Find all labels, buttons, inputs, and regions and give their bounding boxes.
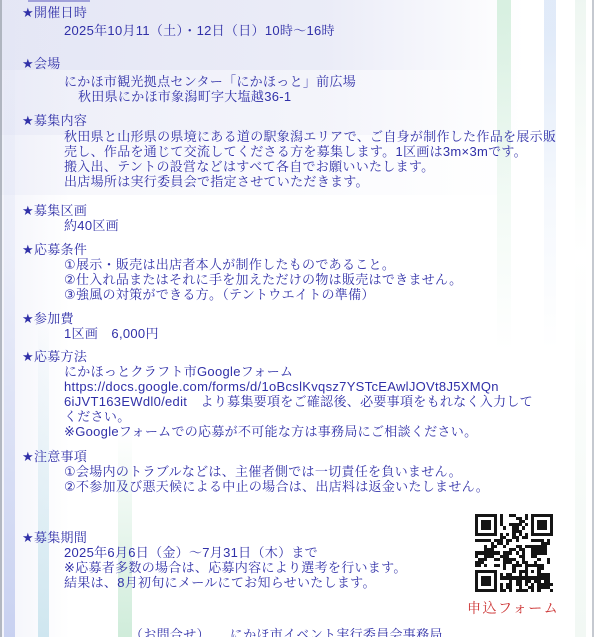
cut-off-text-sliver [28, 0, 90, 2]
section-heading-details: ★募集内容 [22, 113, 87, 128]
flyer-page: ★開催日時 2025年10月11（土）・12日（日）10時～16時 ★会場 にか… [0, 0, 595, 637]
section-line: 売し、作品を通じて交流してくださる方を募集します。1区画は3m×3mです。 [64, 144, 527, 159]
section-heading-notes: ★注意事項 [22, 449, 87, 464]
section-line: ※Googleフォームでの応募が不可能な方は事務局にご相談ください。 [64, 424, 477, 439]
section-line: 秋田県と山形県の県境にある道の駅象潟エリアで、ご自身が制作した作品を展示販 [64, 129, 556, 144]
qr-code [475, 514, 553, 592]
section-line: ①展示・販売は出店者本人が制作したものであること。 [64, 257, 395, 272]
section-heading-venue: ★会場 [22, 56, 61, 71]
section-line: 出店場所は実行委員会で指定させていただきます。 [64, 174, 369, 189]
section-line: 2025年10月11（土）・12日（日）10時～16時 [64, 23, 335, 38]
section-heading-date: ★開催日時 [22, 5, 87, 20]
section-heading-conditions: ★応募条件 [22, 242, 87, 257]
google-form-url: https://docs.google.com/forms/d/1oBcslKv… [64, 379, 499, 394]
section-line: 結果は、8月初旬にメールにてお知らせいたします。 [64, 575, 376, 590]
page-edge [592, 0, 594, 637]
section-heading-period: ★募集期間 [22, 530, 87, 545]
section-line: 2025年6月6日（金）～7月31日（木）まで [64, 545, 318, 560]
section-heading-plots: ★募集区画 [22, 203, 87, 218]
section-line: 秋田県にかほ市象潟町字大塩越36-1 [78, 89, 291, 104]
section-line: 搬入出、テントの設営などはすべて各自でお願いいたします。 [64, 159, 434, 174]
section-line: 約40区画 [64, 218, 119, 233]
section-heading-fee: ★参加費 [22, 311, 74, 326]
section-line: にかほ市観光拠点センター「にかほっと」前広場 [64, 74, 356, 89]
section-line: 1区画 6,000円 [64, 326, 159, 341]
page-edge [0, 0, 2, 637]
bg-stripe [4, 0, 15, 637]
section-line: ②仕入れ品またはそれに手を加えただけの物は販売はできません。 [64, 272, 462, 287]
bg-stripe [575, 0, 586, 637]
google-form-url: 6iJVT163EWdl0/edit より募集要項をご確認後、必要事項をもれなく… [64, 394, 533, 409]
section-line: ください。 [64, 409, 131, 424]
section-line: ①会場内のトラブルなどは、主催者側では一切責任を負いません。 [64, 464, 462, 479]
section-line: ※応募者多数の場合は、応募内容により選考を行います。 [64, 560, 407, 575]
section-line: にかほっとクラフト市Googleフォーム [64, 364, 293, 379]
section-line: ③強風の対策ができる方。（テントウエイトの準備） [64, 287, 375, 302]
qr-label: 申込フォーム [467, 598, 559, 618]
section-line: ②不参加及び悪天候による中止の場合は、出店料は返金いたしません。 [64, 479, 489, 494]
section-heading-how-to-apply: ★応募方法 [22, 349, 87, 364]
contact-line-cut-off: （お問合せ） にかほ市イベント実行委員会事務局 [130, 627, 443, 637]
